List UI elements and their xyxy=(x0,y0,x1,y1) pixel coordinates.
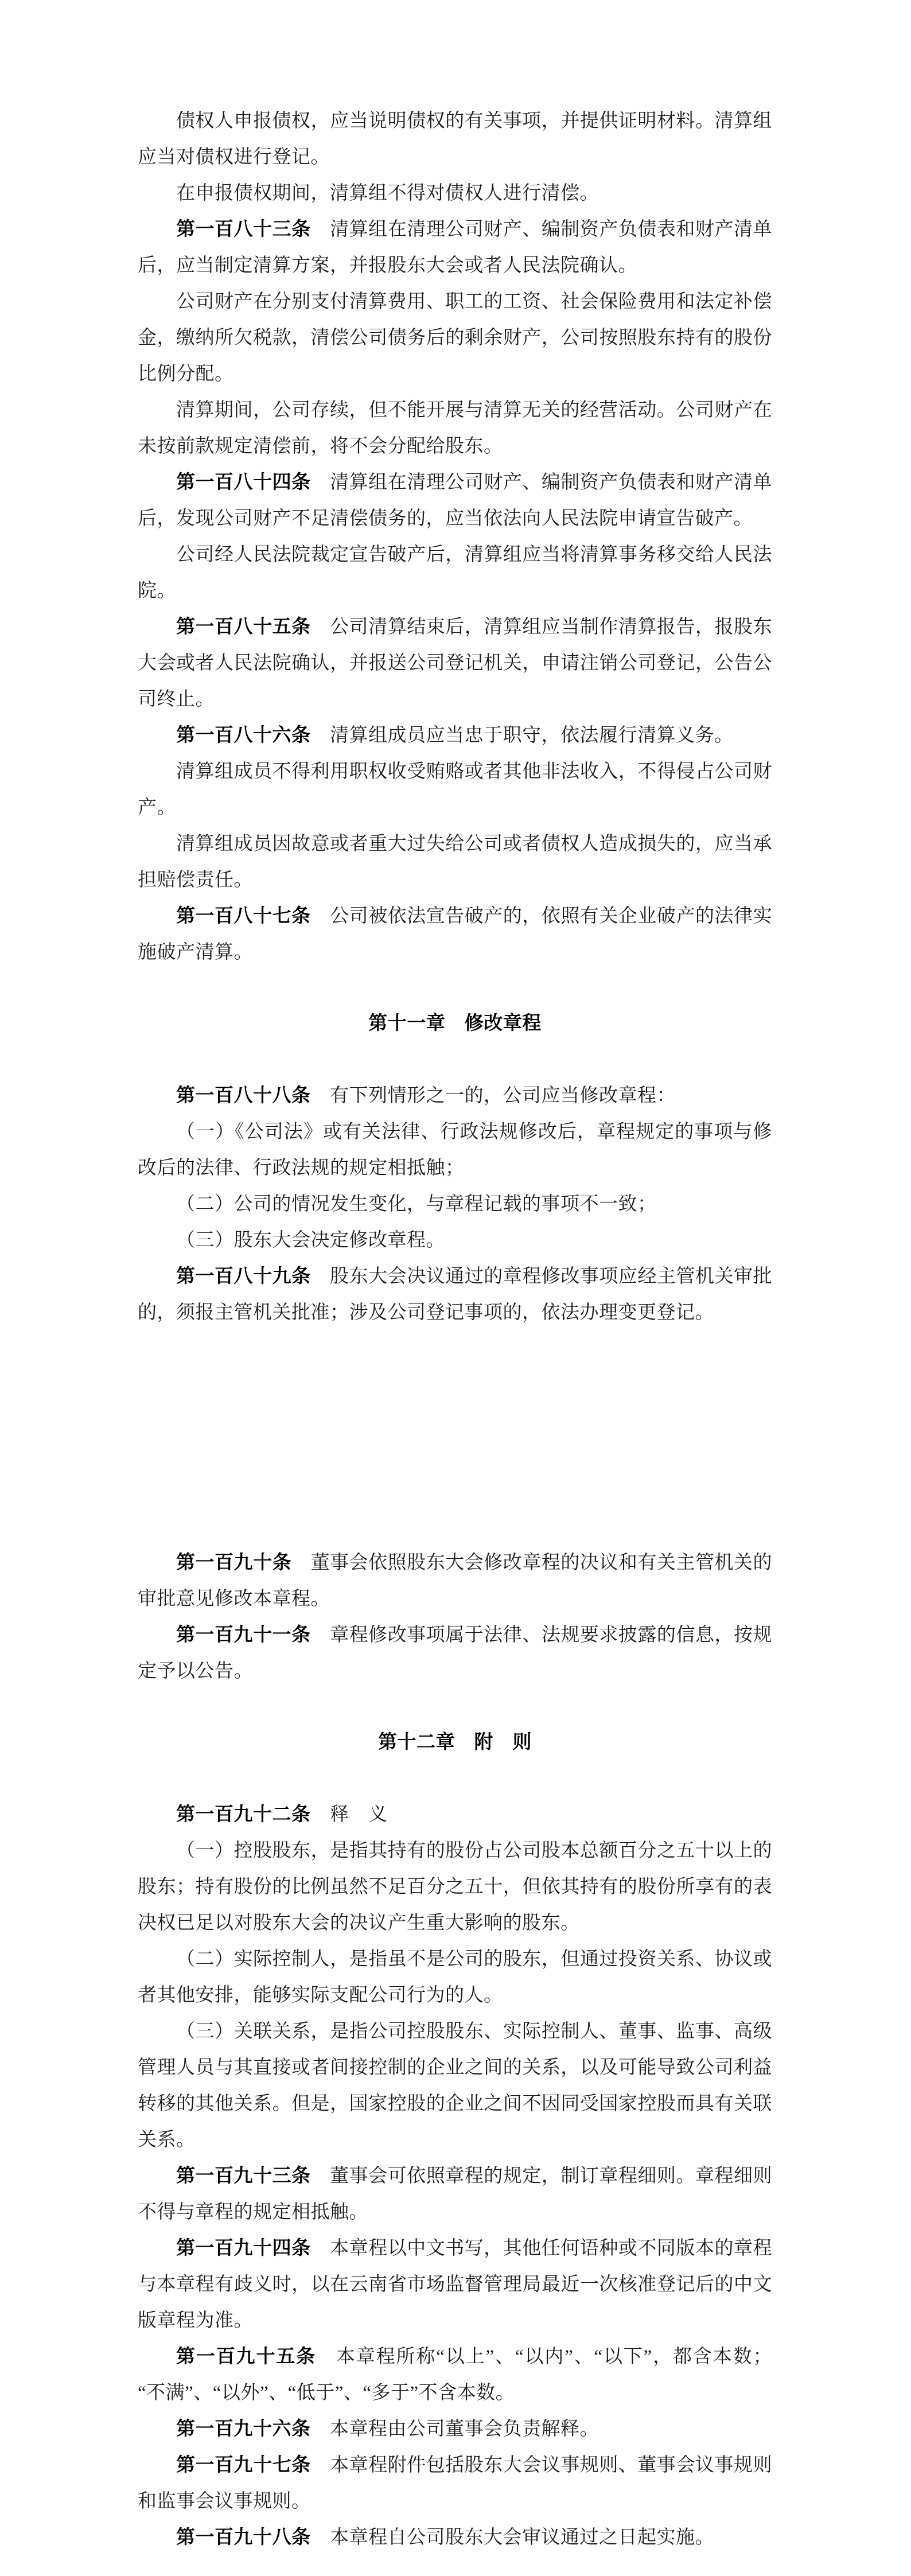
paragraph-text: （一）《公司法》或有关法律、行政法规修改后，章程规定的事项与修改后的法律、行政法… xyxy=(138,1122,772,1178)
article-number: 第一百八十六条 xyxy=(176,725,311,746)
paragraph-text: 清算期间，公司存续，但不能开展与清算无关的经营活动。公司财产在未按前款规定清偿前… xyxy=(138,400,772,457)
article-number: 第一百八十四条 xyxy=(176,472,311,493)
chapter-12-heading: 第十二章 附 则 xyxy=(138,1725,772,1761)
paragraph-text: 释 义 xyxy=(311,1804,388,1825)
paragraph-article-196: 第一百九十六条 本章程由公司董事会负责解释。 xyxy=(138,2411,772,2447)
paragraph-text: （二）实际控制人，是指虽不是公司的股东，但通过投资关系、协议或者其他安排，能够实… xyxy=(138,1949,772,2006)
paragraph-article-194: 第一百九十四条 本章程以中文书写，其他任何语种或不同版本的章程与本章程有歧义时，… xyxy=(138,2231,772,2339)
paragraph-article-183: 第一百八十三条 清算组在清理公司财产、编制资产负债表和财产清单后，应当制定清算方… xyxy=(138,212,772,284)
paragraph-text: （一）控股股东，是指其持有的股份占公司股本总额百分之五十以上的股东；持有股份的比… xyxy=(138,1840,772,1933)
article-number: 第一百九十六条 xyxy=(176,2419,311,2439)
paragraph-text: 本章程由公司董事会负责解释。 xyxy=(311,2419,599,2439)
paragraph-article-192: 第一百九十二条 释 义 xyxy=(138,1797,772,1833)
list-item: （三）关联关系，是指公司控股股东、实际控制人、董事、监事、高级管理人员与其直接或… xyxy=(138,2014,772,2158)
paragraph-text: 公司财产在分别支付清算费用、职工的工资、社会保险费用和法定补偿金，缴纳所欠税款，… xyxy=(138,291,772,384)
paragraph-text: 债权人申报债权，应当说明债权的有关事项，并提供证明材料。清算组应当对债权进行登记… xyxy=(138,111,772,168)
list-item: （二）公司的情况发生变化，与章程记载的事项不一致； xyxy=(138,1186,772,1223)
paragraph-article-184: 第一百八十四条 清算组在清理公司财产、编制资产负债表和财产清单后，发现公司财产不… xyxy=(138,465,772,537)
paragraph-article-185: 第一百八十五条 公司清算结束后，清算组应当制作清算报告，报股东大会或者人民法院确… xyxy=(138,609,772,718)
chapter-11-heading: 第十一章 修改章程 xyxy=(138,1006,772,1042)
article-number: 第一百九十条 xyxy=(176,1552,291,1573)
paragraph-article-193: 第一百九十三条 董事会可依照章程的规定，制订章程细则。章程细则不得与章程的规定相… xyxy=(138,2158,772,2231)
article-number: 第一百九十三条 xyxy=(176,2166,311,2186)
paragraph-text: 本章程自公司股东大会审议通过之日起实施。 xyxy=(311,2527,715,2548)
paragraph-text: （三）股东大会决定修改章程。 xyxy=(176,1230,445,1251)
paragraph-text: 公司经人民法院裁定宣告破产后，清算组应当将清算事务移交给人民法院。 xyxy=(138,544,772,601)
document-content: 债权人申报债权，应当说明债权的有关事项，并提供证明材料。清算组应当对债权进行登记… xyxy=(0,0,911,2556)
list-item: （二）实际控制人，是指虽不是公司的股东，但通过投资关系、协议或者其他安排，能够实… xyxy=(138,1941,772,2014)
list-item: （三）股东大会决定修改章程。 xyxy=(138,1223,772,1259)
article-number: 第一百九十二条 xyxy=(176,1804,311,1825)
paragraph: 清算组成员不得利用职权收受贿赂或者其他非法收入，不得侵占公司财产。 xyxy=(138,754,772,826)
paragraph-article-188: 第一百八十八条 有下列情形之一的，公司应当修改章程： xyxy=(138,1078,772,1114)
paragraph-article-197: 第一百九十七条 本章程附件包括股东大会议事规则、董事会议事规则和监事会议事规则。 xyxy=(138,2447,772,2520)
paragraph-article-186: 第一百八十六条 清算组成员应当忠于职守，依法履行清算义务。 xyxy=(138,718,772,754)
paragraph-article-187: 第一百八十七条 公司被依法宣告破产的，依照有关企业破产的法律实施破产清算。 xyxy=(138,898,772,971)
paragraph-article-190: 第一百九十条 董事会依照股东大会修改章程的决议和有关主管机关的审批意见修改本章程… xyxy=(138,1545,772,1617)
article-number: 第一百八十三条 xyxy=(176,219,311,240)
paragraph: 公司经人民法院裁定宣告破产后，清算组应当将清算事务移交给人民法院。 xyxy=(138,537,772,609)
article-number: 第一百九十七条 xyxy=(176,2455,311,2476)
paragraph-text: 有下列情形之一的，公司应当修改章程： xyxy=(311,1085,676,1106)
paragraph-text: 清算组成员因故意或者重大过失给公司或者债权人造成损失的，应当承担赔偿责任。 xyxy=(138,834,772,890)
article-number: 第一百八十七条 xyxy=(176,906,311,927)
list-item: （一）控股股东，是指其持有的股份占公司股本总额百分之五十以上的股东；持有股份的比… xyxy=(138,1833,772,1941)
paragraph: 在申报债权期间，清算组不得对债权人进行清偿。 xyxy=(138,176,772,212)
article-number: 第一百八十五条 xyxy=(176,617,311,637)
article-number: 第一百九十四条 xyxy=(176,2238,311,2259)
article-number: 第一百九十五条 xyxy=(176,2347,316,2367)
paragraph-article-189: 第一百八十九条 股东大会决议通过的章程修改事项应经主管机关审批的，须报主管机关批… xyxy=(138,1259,772,1331)
paragraph: 债权人申报债权，应当说明债权的有关事项，并提供证明材料。清算组应当对债权进行登记… xyxy=(138,103,772,176)
paragraph-article-198: 第一百九十八条 本章程自公司股东大会审议通过之日起实施。 xyxy=(138,2520,772,2556)
paragraph-article-191: 第一百九十一条 章程修改事项属于法律、法规要求披露的信息，按规定予以公告。 xyxy=(138,1617,772,1690)
paragraph-article-195: 第一百九十五条 本章程所称“以上”、“以内”、“以下”，都含本数；“不满”、“以… xyxy=(138,2339,772,2411)
article-number: 第一百八十九条 xyxy=(176,1266,311,1287)
article-number: 第一百九十一条 xyxy=(176,1625,311,1645)
paragraph-text: （二）公司的情况发生变化，与章程记载的事项不一致； xyxy=(176,1194,657,1215)
article-number: 第一百九十八条 xyxy=(176,2527,311,2548)
paragraph: 公司财产在分别支付清算费用、职工的工资、社会保险费用和法定补偿金，缴纳所欠税款，… xyxy=(138,284,772,392)
paragraph-text: （三）关联关系，是指公司控股股东、实际控制人、董事、监事、高级管理人员与其直接或… xyxy=(138,2021,772,2150)
paragraph-text: 清算组成员应当忠于职守，依法履行清算义务。 xyxy=(311,725,734,746)
article-number: 第一百八十八条 xyxy=(176,1085,311,1106)
document-page: 债权人申报债权，应当说明债权的有关事项，并提供证明材料。清算组应当对债权进行登记… xyxy=(0,0,911,2576)
paragraph: 清算组成员因故意或者重大过失给公司或者债权人造成损失的，应当承担赔偿责任。 xyxy=(138,826,772,898)
paragraph: 清算期间，公司存续，但不能开展与清算无关的经营活动。公司财产在未按前款规定清偿前… xyxy=(138,392,772,465)
paragraph-text: 清算组成员不得利用职权收受贿赂或者其他非法收入，不得侵占公司财产。 xyxy=(138,761,772,818)
page-break-gap xyxy=(138,1331,772,1545)
list-item: （一）《公司法》或有关法律、行政法规修改后，章程规定的事项与修改后的法律、行政法… xyxy=(138,1114,772,1186)
paragraph-text: 在申报债权期间，清算组不得对债权人进行清偿。 xyxy=(176,183,599,204)
